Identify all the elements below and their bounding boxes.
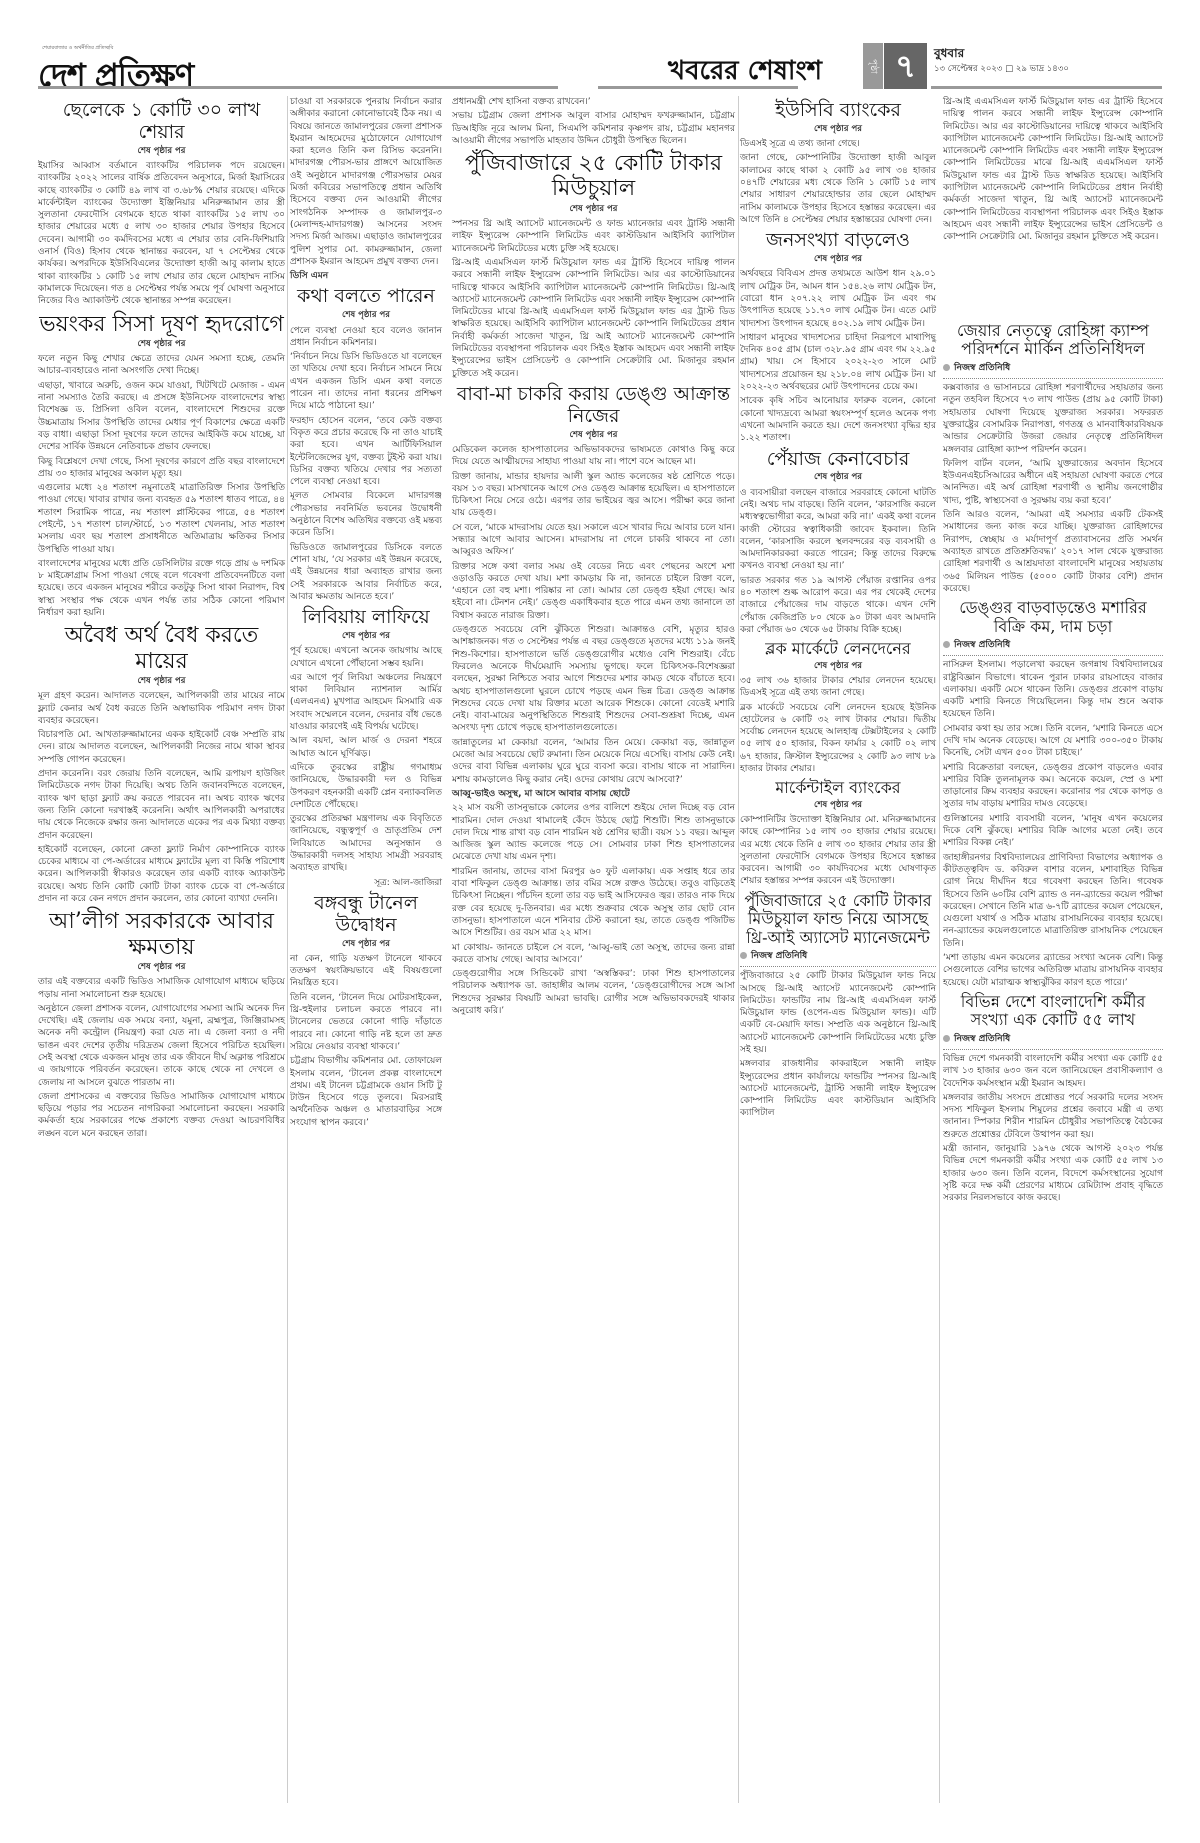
article-paragraph: মঙ্গলবার রাজধানীর কাকরাইলে সন্ধানী লাইফ …	[740, 1058, 936, 1119]
article-paragraph: পূর্ব হয়েছে। এখনো অনেক জায়গায় আছে যেখ…	[290, 645, 442, 670]
article-paragraph: হাইকোর্ট বলেছেন, কোনো ক্রেতা ফ্ল্যাট নির…	[38, 844, 285, 905]
article-paragraph: মন্ত্রী জানান, জানুয়ারি ১৯৭৬ থেকে আগস্ট…	[943, 1143, 1163, 1204]
article-paragraph: ২২ মাস বয়সী তাসনুভাকে কোলের ওপর বালিশে …	[452, 802, 735, 863]
article-paragraph: ও ব্যবসায়ীরা বলছেন বাজারে সরবরাহে কোনো …	[740, 487, 936, 573]
article-population: জনসংখ্যা বাড়লেও শেষ পৃষ্ঠার পর অর্থবছরে…	[740, 230, 936, 444]
headline[interactable]: বিভিন্ন দেশে বাংলাদেশি কর্মীর সংখ্যা এক …	[943, 993, 1163, 1030]
headline[interactable]: মার্কেন্টাইল ব্যাংকের	[740, 779, 936, 797]
article-paragraph: গুলিস্তানের মশারি ব্যবসায়ী বলেন, ‘মানুষ…	[943, 813, 1163, 850]
article-paragraph: প্রধানমন্ত্রী শেখ হাসিনা বক্তব্য রাখবেন।…	[452, 96, 735, 108]
article-illegal-money: অবৈধ অর্থ বৈধ করতে মায়ের শেষ পৃষ্ঠার পর…	[38, 623, 285, 905]
article-paragraph: আল বয়দা, আল মার্জ ও দেরনা শহরে আঘাত আনে…	[290, 735, 442, 760]
continued-label: শেষ পৃষ্ঠার পর	[38, 961, 285, 973]
article-expat-workers: বিভিন্ন দেশে বাংলাদেশি কর্মীর সংখ্যা এক …	[943, 993, 1163, 1205]
continued-label: শেষ পৃষ্ঠার পর	[290, 938, 442, 950]
article-paragraph: জেলা প্রশাসকের এ বক্তব্যের ভিডিও সামাজিক…	[38, 1091, 285, 1140]
article-paragraph: ৩৫ লাখ ৩৬ হাজার টাকার শেয়ার লেনদেন হয়ে…	[740, 675, 936, 700]
article-paragraph: না কেন, গাড়ি যতক্ষণ টানেলে থাকবে ততক্ষণ…	[290, 953, 442, 990]
masthead-rule	[931, 86, 1162, 89]
headline[interactable]: পেঁয়াজ কেনাবেচার	[740, 449, 936, 471]
article-paragraph: এছাড়া, খাবারে অরুচি, ওজন কমে যাওয়া, খি…	[38, 380, 285, 454]
article-paragraph: রিক্তার সঙ্গে কথা বলার সময় ওই বেডের নিচ…	[452, 561, 735, 622]
article-rohingya: জেয়ার নেতৃত্বে রোহিঙ্গা ক্যাম্প পরিদর্শ…	[943, 322, 1163, 595]
bullet-icon	[943, 1035, 950, 1042]
article-subhead: আব্বু-ভাইও অসুস্থ, মা আসে আবার বাসায় ছো…	[452, 788, 735, 800]
headline[interactable]: পুঁজিবাজারে ২৫ কোটি টাকার মিউচুয়াল ফান্…	[740, 892, 936, 947]
byline: নিজস্ব প্রতিনিধি	[740, 950, 936, 967]
headline[interactable]: জনসংখ্যা বাড়লেও	[740, 230, 936, 252]
article-paragraph: শারমিন জানায়, তাদের বাসা মিরপুর ৬০ ফুট …	[452, 866, 735, 940]
byline: নিজস্ব প্রতিনিধি	[943, 639, 1163, 656]
byline: নিজস্ব প্রতিনিধি	[943, 362, 1163, 379]
column-5-top: থ্রি-আই এএমসিএল ফার্স্ট মিউচুয়াল ফান্ড …	[943, 96, 1163, 246]
bullet-icon	[943, 641, 950, 648]
headline[interactable]: বঙ্গবন্ধু টানেল উদ্বোধন	[290, 893, 442, 937]
headline[interactable]: ভয়ংকর সিসা দূষণ হৃদরোগে	[38, 312, 285, 337]
article-paragraph: ফলে নতুন কিছু শেখার ক্ষেত্রে তাদের যেমন …	[38, 353, 285, 378]
column-divider	[287, 96, 288, 1803]
rohingya-block: জেয়ার নেতৃত্বে রোহিঙ্গা ক্যাম্প পরিদর্শ…	[943, 318, 1163, 1207]
headline[interactable]: ডেঙ্গুর বাড়বাড়ন্তেও মশারির বিক্রি কম, …	[943, 599, 1163, 636]
article-paragraph: মশারি বিক্রেতারা বলছেন, ডেঙ্গুর প্রকোপ ব…	[943, 762, 1163, 811]
article-paragraph: বিচারপতি মো. আখতারুজ্জামানের একক হাইকোর্…	[38, 729, 285, 766]
article-mutual-fund-staff: পুঁজিবাজারে ২৫ কোটি টাকার মিউচুয়াল ফান্…	[740, 892, 936, 1120]
continued-label: শেষ পৃষ্ঠার পর	[38, 145, 285, 157]
article-paragraph: সভায় চট্টগ্রাম জেলা প্রশাসক আবুল বাসার …	[452, 110, 735, 147]
column-3: প্রধানমন্ত্রী শেখ হাসিনা বক্তব্য রাখবেন।…	[452, 96, 735, 1019]
continued-label: শেষ পৃষ্ঠার পর	[740, 799, 936, 811]
article-paragraph: তিনি বলেন, ‘টানেল দিয়ে মোটরসাইকেল, থ্রি…	[290, 992, 442, 1053]
article-paragraph: থ্রি-আই এএমসিএল ফার্স্ট মিউচুয়াল ফান্ড …	[943, 96, 1163, 244]
article-share-gift: ছেলেকে ১ কোটি ৩০ লাখ শেয়ার শেষ পৃষ্ঠার …	[38, 100, 285, 308]
headline[interactable]: ইউসিবি ব্যাংকের	[740, 100, 936, 122]
article-tunnel: বঙ্গবন্ধু টানেল উদ্বোধন শেষ পৃষ্ঠার পর ন…	[290, 893, 442, 1129]
headline[interactable]: অবৈধ অর্থ বৈধ করতে মায়ের	[38, 623, 285, 674]
headline[interactable]: ছেলেকে ১ কোটি ৩০ লাখ শেয়ার	[38, 100, 285, 144]
article-onion: পেঁয়াজ কেনাবেচার শেষ পৃষ্ঠার পর ও ব্যবস…	[740, 449, 936, 637]
article-paragraph: প্রদান করেননি। বরং জেরায় তিনি বলেছেন, আ…	[38, 768, 285, 842]
article-paragraph: তার এই বক্তব্যের একটি ভিডিও সামাজিক যোগা…	[38, 976, 285, 1001]
masthead: শেয়ারবাজার ও অর্থনীতির প্রতিচ্ছবি দেশ প…	[38, 38, 1162, 88]
headline[interactable]: জেয়ার নেতৃত্বে রোহিঙ্গা ক্যাম্প পরিদর্শ…	[943, 322, 1163, 359]
article-paragraph: ‘নির্বাচন নিয়ে ডিসি ভিডিওতে যা বলেছেন ত…	[290, 351, 442, 412]
article-paragraph: ডিএসই সূত্রে এ তথ্য জানা গেছে।	[740, 138, 936, 150]
article-paragraph: ভিডিওতে জামালপুরের ডিসিকে বলতে শোনা যায়…	[290, 542, 442, 603]
article-paragraph: স্পনসর থ্রি আই অ্যাসেট ম্যানেজমেন্ট ও ফা…	[452, 218, 735, 255]
article-source: সূত্র: আল-জাজিরা	[290, 877, 442, 889]
page-label: পৃষ্ঠা	[863, 43, 883, 89]
byline: নিজস্ব প্রতিনিধি	[943, 1033, 1163, 1050]
article-paragraph: মঙ্গলবার জাতীয় সংসদে প্রশ্নোত্তর পর্বে …	[943, 1092, 1163, 1141]
article-paragraph: এদিকে তুরস্কের রাষ্ট্রীয় গণমাধ্যম জানিয…	[290, 762, 442, 811]
article-paragraph: মেডিকেল কলেজ হাসপাতালের অভিভাবকদের ভাষ্য…	[452, 444, 735, 469]
article-paragraph: বাংলাদেশের মানুষের মধ্যে প্রতি ডেসিলিটার…	[38, 558, 285, 619]
article-lead-pollution: ভয়ংকর সিসা দূষণ হৃদরোগে শেষ পৃষ্ঠার পর …	[38, 312, 285, 620]
headline[interactable]: পুঁজিবাজারে ২৫ কোটি টাকার মিউচুয়াল	[452, 151, 735, 202]
masthead-rule	[38, 86, 558, 89]
headline[interactable]: ব্লক মার্কেটে লেনদেনের	[740, 640, 936, 658]
article-paragraph: তুরস্কের প্রতিরক্ষা মন্ত্রণালয় এক বিবৃত…	[290, 813, 442, 874]
headline[interactable]: লিবিয়ায় লাফিয়ে	[290, 607, 442, 629]
article-paragraph: মূলত সোমবার বিকেলে মাদারগঞ্জ পৌরসভার নবন…	[290, 490, 442, 539]
continued-label: শেষ পৃষ্ঠার পর	[38, 675, 285, 687]
continued-label: শেষ পৃষ্ঠার পর	[740, 471, 936, 483]
column-1: ছেলেকে ১ কোটি ৩০ লাখ শেয়ার শেষ পৃষ্ঠার …	[38, 96, 285, 1142]
article-paragraph: থ্রি-আই এএমসিএল ফার্স্ট মিউচুয়াল ফান্ড …	[452, 257, 735, 380]
article-dc-continued: চাওয়া বা সরকারকে পুনরায় নির্বাচন করার …	[290, 96, 442, 282]
headline[interactable]: আ’লীগ সরকারকে আবার ক্ষমতায়	[38, 909, 285, 960]
article-paragraph: কোম্পানিটির উদ্যোক্তা ইঞ্জিনিয়ার মো. মন…	[740, 814, 936, 888]
article-paragraph: অনুষ্ঠানে জেলা প্রশাসক বলেন, যোগাযোগের স…	[38, 1003, 285, 1089]
article-paragraph: তিনি আরও বলেন, ‘আমরা এই সমস্যার একটি টেক…	[943, 509, 1163, 595]
article-paragraph: মা কোথায়- জানতে চাইলে সে বলে, ‘আব্বু-ভা…	[452, 942, 735, 967]
continued-label: শেষ পৃষ্ঠার পর	[740, 660, 936, 672]
article-paragraph: এগুলোর মধ্যে ২৪ শতাংশ নমুনাতেই মাত্রাতির…	[38, 482, 285, 556]
continued-label: শেষ পৃষ্ঠার পর	[452, 203, 735, 215]
article-paragraph: জাহাঙ্গীরনগর বিশ্ববিদ্যালয়ের প্রাণিবিদ্…	[943, 852, 1163, 950]
article-paragraph: নাসিরুল ইসলাম। পড়ালেখা করছেন জগন্নাথ বি…	[943, 659, 1163, 720]
article-dengue-children: বাবা-মা চাকরি করায় ডেঙ্গু আক্রান্ত নিজে…	[452, 384, 735, 1017]
article-paragraph: মূল গ্রহণ করেন। আদালত বলেছেন, আপিলকারী ত…	[38, 690, 285, 727]
headline[interactable]: বাবা-মা চাকরি করায় ডেঙ্গু আক্রান্ত নিজে…	[452, 384, 735, 428]
article-signoff: ডিসি এমন	[290, 270, 442, 282]
article-paragraph: ব্লক মার্কেটে সবচেয়ে বেশি লেনদেন হয়েছে…	[740, 702, 936, 776]
article-paragraph: রিক্তা জানায়, মান্ডার হায়দার আলী স্কুল…	[452, 471, 735, 520]
column-4: ইউসিবি ব্যাংকের শেষ পৃষ্ঠার পর ডিএসই সূত…	[740, 96, 936, 1122]
bullet-icon	[943, 364, 950, 371]
article-paragraph: চাওয়া বা সরকারকে পুনরায় নির্বাচন করার …	[290, 96, 442, 268]
masthead-rule	[598, 86, 798, 89]
column-divider	[738, 96, 739, 1803]
article-paragraph: কক্সবাজার ও ভাসানচরে রোহিঙ্গা শরণার্থীদে…	[943, 382, 1163, 456]
article-paragraph: ইয়াসির আব্বাস বর্তমানে ব্যাংকটির পরিচাল…	[38, 160, 285, 308]
continued-label: শেষ পৃষ্ঠার পর	[740, 123, 936, 135]
article-awami-league: আ’লীগ সরকারকে আবার ক্ষমতায় শেষ পৃষ্ঠার …	[38, 909, 285, 1140]
article-libya: লিবিয়ায় লাফিয়ে শেষ পৃষ্ঠার পর পূর্ব হ…	[290, 607, 442, 889]
article-paragraph: বিভিন্ন দেশে গমনকারী বাংলাদেশি কর্মীর সং…	[943, 1053, 1163, 1090]
article-paragraph: সাবেক কৃষি সচিব আনোয়ার ফারুক বলেন, কোনো…	[740, 395, 936, 444]
article-paragraph: পুঁজিবাজারে ২৫ কোটি টাকার মিউচুয়াল ফান্…	[740, 970, 936, 1056]
article-block-market: ব্লক মার্কেটে লেনদেনের শেষ পৃষ্ঠার পর ৩৫…	[740, 640, 936, 775]
continued-label: শেষ পৃষ্ঠার পর	[290, 630, 442, 642]
article-paragraph: কিছু বিশ্লেষণে দেখা গেছে, সিসা দূষণের কা…	[38, 456, 285, 481]
page-number: ৭	[884, 43, 927, 89]
article-paragraph: অর্থবছরে বিবিএস প্রদত্ত তথ্যমতে আউশ ধান …	[740, 268, 936, 329]
article-mutual-fund: প্রধানমন্ত্রী শেখ হাসিনা বক্তব্য রাখবেন।…	[452, 96, 735, 380]
article-paragraph: ডেঙ্গুরোগীর সঙ্গে সিন্ডিকেট রাখা ‘অস্বস্…	[452, 968, 735, 1017]
continued-label: শেষ পৃষ্ঠার পর	[452, 429, 735, 441]
bullet-icon	[740, 952, 747, 959]
continued-label: শেষ পৃষ্ঠার পর	[38, 338, 285, 350]
article-paragraph: ‘মশা তাড়ায় এমন কয়েলের ব্র্যান্ডের সংখ…	[943, 952, 1163, 989]
article-paragraph: পেলে ব্যবস্থা নেওয়া হবে বলেও জানান প্রধ…	[290, 325, 442, 350]
article-paragraph: সাধারণ মানুষের খাদ্যশস্যের চাহিদা নিরূপণ…	[740, 332, 936, 393]
article-paragraph: ফিলিপ বার্টন বলেন, ‘আমি যুক্তরাজ্যের অবদ…	[943, 458, 1163, 507]
continued-label: শেষ পৃষ্ঠার পর	[740, 253, 936, 265]
continued-label: শেষ পৃষ্ঠার পর	[290, 309, 442, 321]
article-paragraph: জান্নাতুলের মা কেকায়া বলেন, ‘আমার তিন ম…	[452, 737, 735, 786]
column-divider	[939, 560, 940, 1803]
article-ucb: ইউসিবি ব্যাংকের শেষ পৃষ্ঠার পর ডিএসই সূত…	[740, 100, 936, 226]
article-paragraph: সোমবার কথা হয় তার সঙ্গে। তিনি বলেন, ‘মশ…	[943, 723, 1163, 760]
article-paragraph: ফরহাদ হোসেন বলেন, ‘তবে কেউ বক্তব্য বিকৃত…	[290, 415, 442, 489]
article-dc-talk: কথা বলতে পারেন শেষ পৃষ্ঠার পর পেলে ব্যবস…	[290, 286, 442, 603]
article-paragraph: ডেঙ্গুতে সবচেয়ে বেশি ঝুঁকিতে শিশুরা। আক…	[452, 624, 735, 735]
headline[interactable]: কথা বলতে পারেন	[290, 286, 442, 308]
article-paragraph: চট্টগ্রাম বিভাগীয় কমিশনার মো. তোফায়েল …	[290, 1055, 442, 1129]
article-mercantile: মার্কেন্টাইল ব্যাংকের শেষ পৃষ্ঠার পর কোম…	[740, 779, 936, 887]
column-2: চাওয়া বা সরকারকে পুনরায় নির্বাচন করার …	[290, 96, 442, 1131]
article-paragraph: জানা গেছে, কোম্পানিটির উদ্যোক্তা হাজী আব…	[740, 152, 936, 226]
article-mosquito-nets: ডেঙ্গুর বাড়বাড়ন্তেও মশারির বিক্রি কম, …	[943, 599, 1163, 989]
article-paragraph: এর আগে পূর্ব লিবিয়া অঞ্চলের নিয়ন্ত্রণে…	[290, 672, 442, 733]
article-paragraph: সে বলে, ‘মাকে মাদরাসায় যেতে হয়। সকালে …	[452, 522, 735, 559]
issue-date: ১৩ সেপ্টেম্বর ২০২৩ □ ২৯ ভাদ্র ১৪৩০	[934, 62, 1069, 76]
article-paragraph: ভারত সরকার গত ১৯ আগস্ট পেঁয়াজ রপ্তানির …	[740, 575, 936, 636]
